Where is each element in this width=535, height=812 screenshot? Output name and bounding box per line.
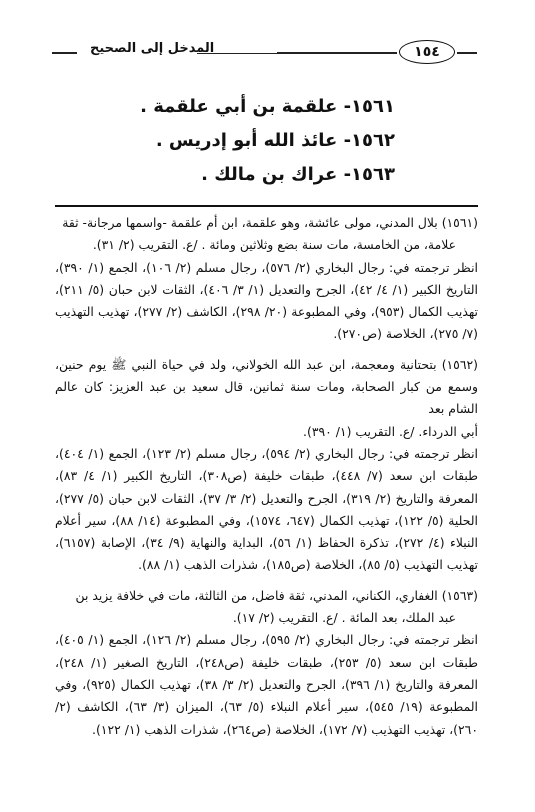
entry-list: ١٥٦١- علقمة بن أبي علقمة . ١٥٦٢- عائذ ال…	[140, 90, 395, 192]
book-title: المدخل إلى الصحيح	[90, 41, 214, 56]
entry-item: ١٥٦٣- عراك بن مالك .	[140, 158, 395, 192]
header-rule	[52, 52, 77, 54]
footnote-refs: انظر ترجمته في: رجال البخاري (٢/ ٥٧٦)، ر…	[55, 257, 478, 346]
footnote-bio: (١٥٦٣) الغفاري، الكناني، المدني، ثقة فاض…	[55, 585, 478, 607]
footnote-bio: (١٥٦١) بلال المدني، مولى عائشة، وهو علقم…	[55, 212, 478, 234]
entry-item: ١٥٦١- علقمة بن أبي علقمة .	[140, 90, 395, 124]
header-rule	[277, 52, 397, 54]
entry-item: ١٥٦٢- عائذ الله أبو إدريس .	[140, 124, 395, 158]
footnotes: (١٥٦١) بلال المدني، مولى عائشة، وهو علقم…	[55, 212, 478, 749]
footnote-1561: (١٥٦١) بلال المدني، مولى عائشة، وهو علقم…	[55, 212, 478, 346]
page-number: ١٥٤	[399, 40, 455, 64]
footnote-1563: (١٥٦٣) الغفاري، الكناني، المدني، ثقة فاض…	[55, 585, 478, 741]
footnote-1562: (١٥٦٢) بتحتانية ومعجمة، ابن عبد الله الخ…	[55, 354, 478, 577]
footnote-divider	[55, 205, 478, 207]
running-header: ١٥٤ المدخل إلى الصحيح	[52, 40, 477, 64]
footnote-bio-cont: عبد الملك، بعد المائة . /ع. التقريب (٢/ …	[55, 607, 478, 629]
footnote-refs: انظر ترجمته في: رجال البخاري (٢/ ٥٩٤)، ر…	[55, 443, 478, 577]
header-rule	[457, 52, 477, 54]
footnote-bio-cont: علامة، من الخامسة، مات سنة بضع وثلاثين و…	[55, 234, 478, 256]
footnote-bio-cont: أبي الدرداء. /ع. التقريب (١/ ٣٩٠).	[55, 421, 478, 443]
footnote-bio: (١٥٦٢) بتحتانية ومعجمة، ابن عبد الله الخ…	[55, 354, 478, 421]
footnote-refs: انظر ترجمته في: رجال البخاري (٢/ ٥٩٥)، ر…	[55, 629, 478, 740]
